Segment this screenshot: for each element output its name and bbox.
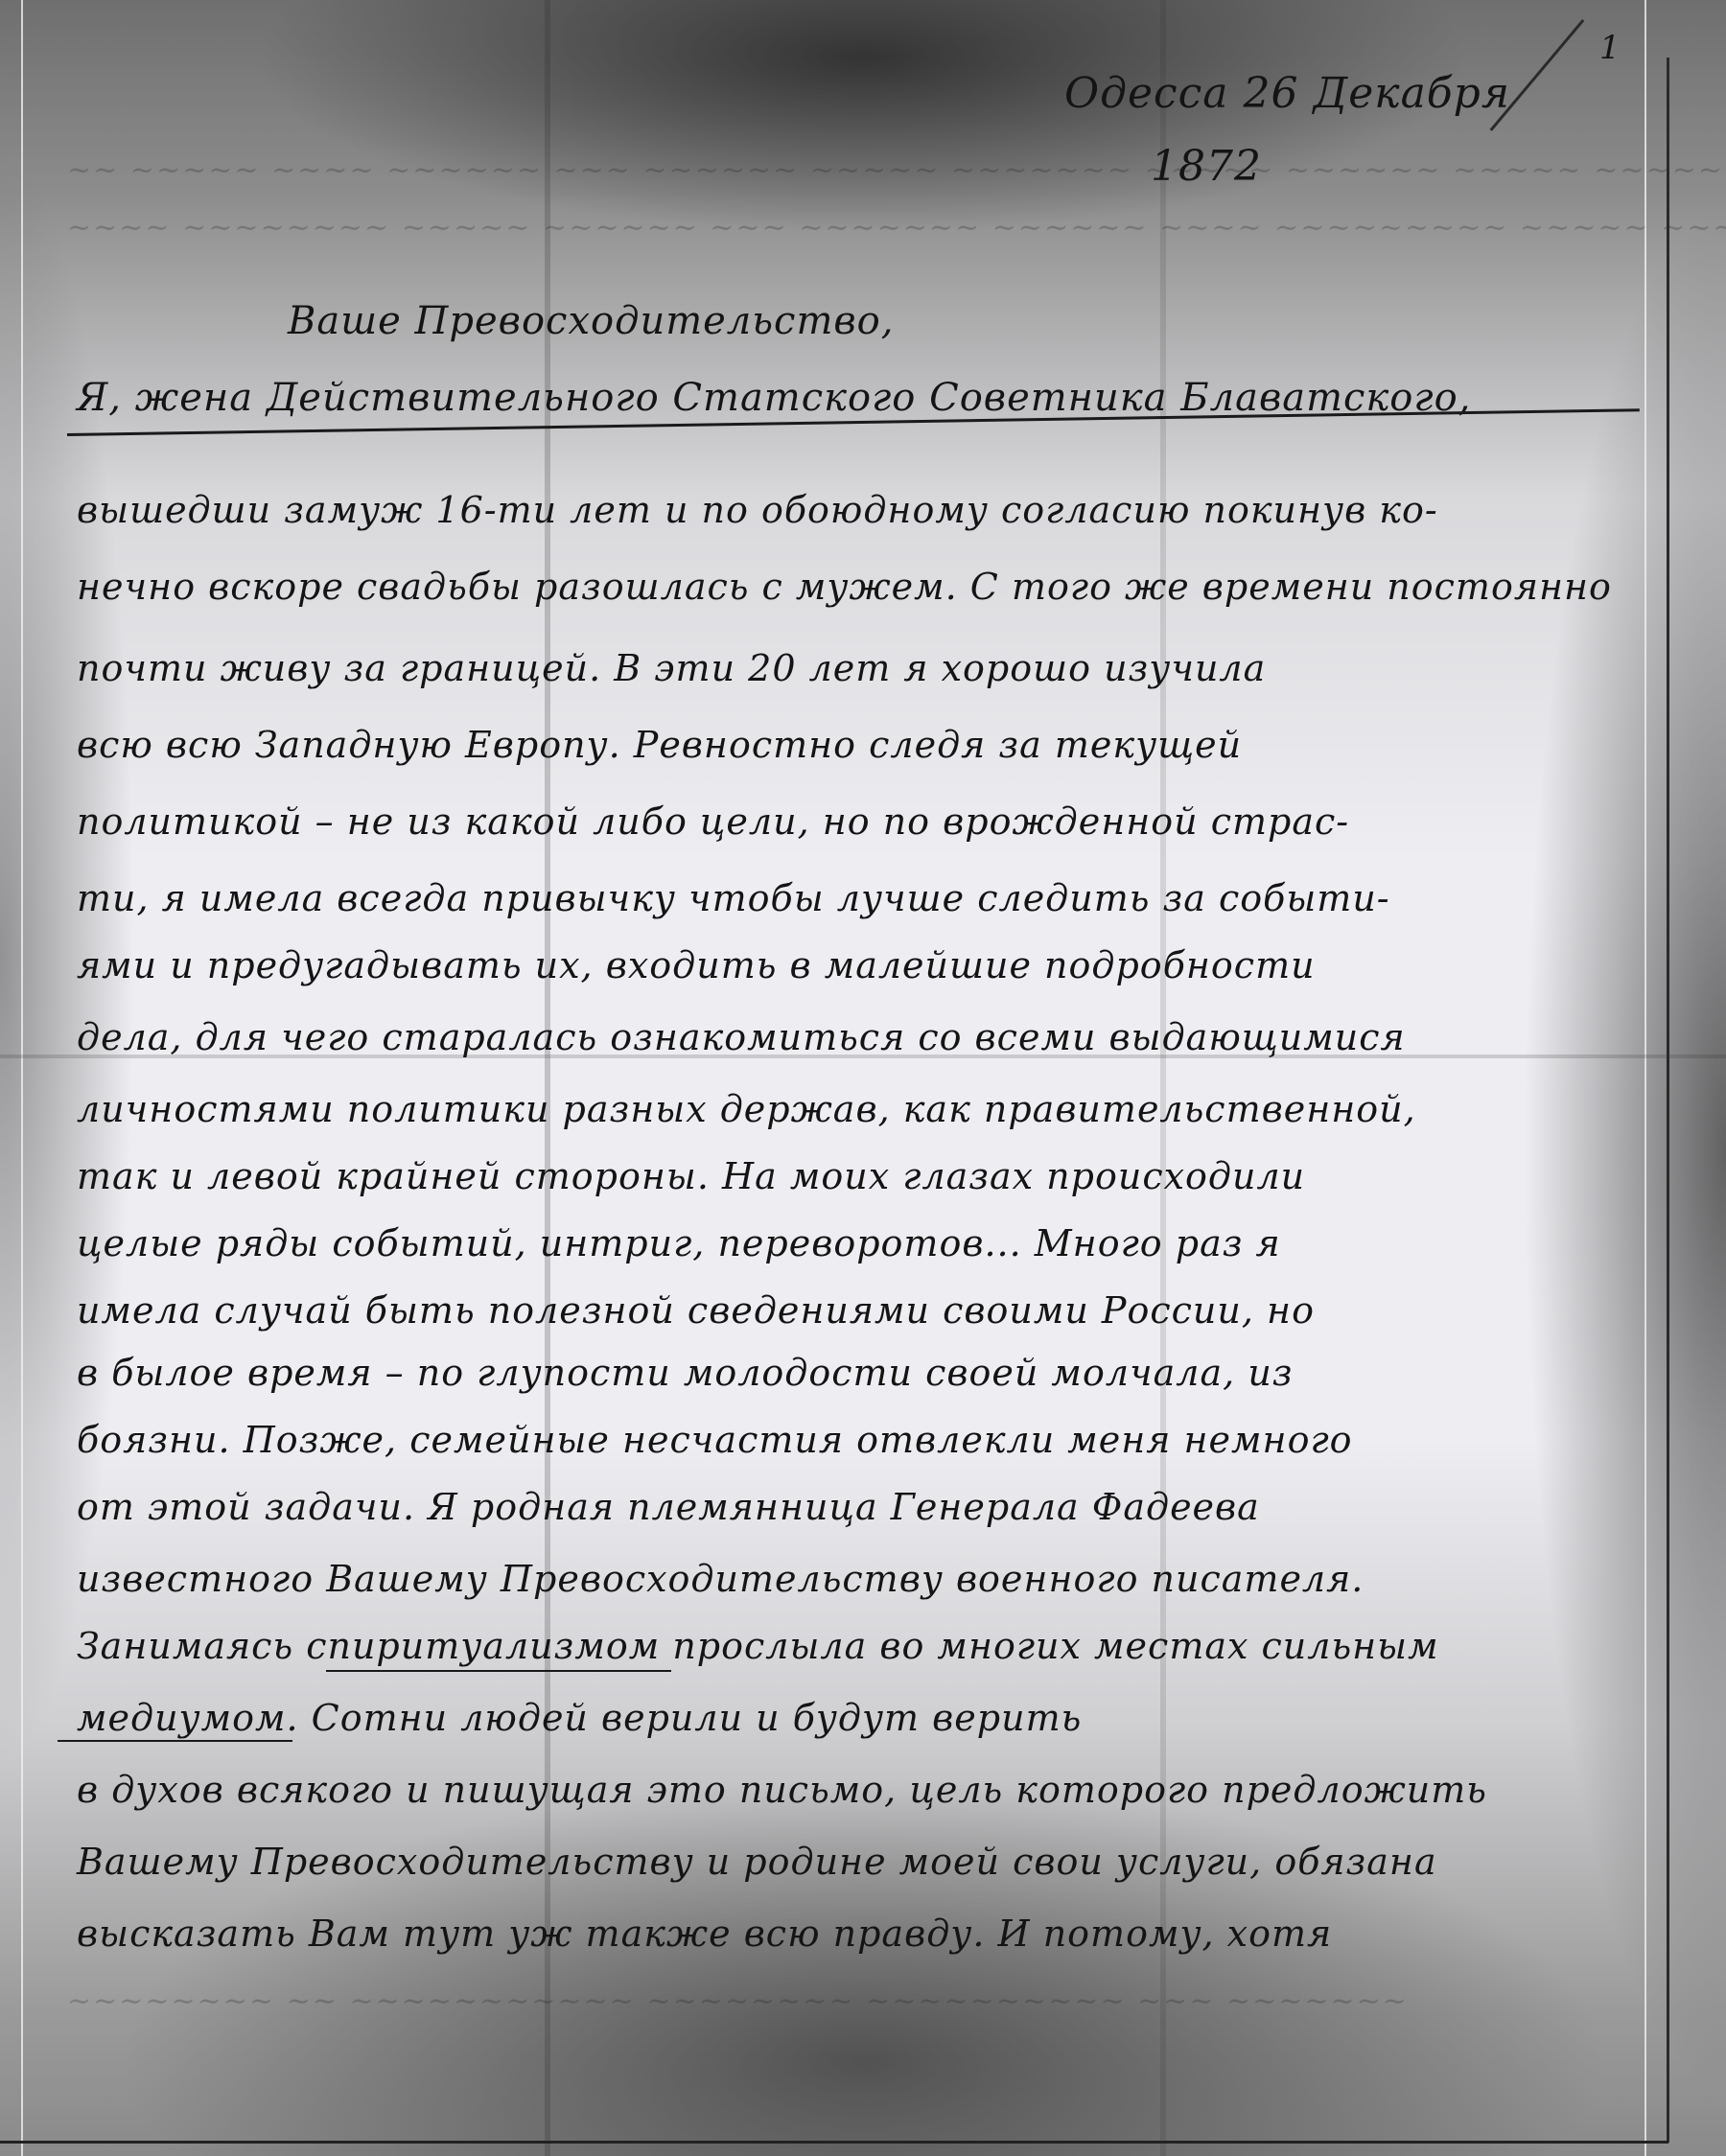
body-line: вышедши замуж 16-ти лет и по обоюдному с… [77,489,1438,531]
body-line: Вашему Превосходительству и родине моей … [77,1841,1437,1883]
scan-edge-line [1644,0,1646,2156]
body-line: дела, для чего старалась ознакомиться со… [77,1016,1406,1058]
body-line: в былое время – по глупости молодости св… [77,1352,1294,1394]
body-line: от этой задачи. Я родная племянница Гене… [77,1486,1260,1528]
body-line: медиумом. Сотни людей верили и будут вер… [77,1697,1082,1739]
body-line: всю всю Западную Европу. Ревностно следя… [77,724,1242,766]
paper-bottom-edge [0,2141,1668,2144]
word-underline-medium [58,1740,292,1742]
scan-edge-line [21,0,23,2156]
body-line: нечно вскоре свадьбы разошлась с мужем. … [77,566,1612,608]
page-number: 1 [1599,29,1621,67]
body-line: высказать Вам тут уж также всю правду. И… [77,1913,1332,1955]
body-line: личностями политики разных держав, как п… [77,1088,1416,1130]
body-line: известного Вашему Превосходительству вое… [77,1558,1364,1600]
letter-place-date: Одесса 26 Декабря [1064,69,1510,118]
word-underline-spiritualism [326,1670,671,1672]
body-line: ями и предугадывать их, входить в малейш… [77,944,1316,986]
body-line: так и левой крайней стороны. На моих гла… [77,1155,1305,1197]
body-line: в духов всякого и пишущая это письмо, це… [77,1769,1487,1811]
bleed-through-text: ~~ ~~~~~ ~~~~ ~~~~~~ ~~~ ~~~~~~ ~~~~~ ~~… [67,153,1726,187]
letter-year: 1872 [1151,142,1262,191]
body-line: боязни. Позже, семейные несчастия отвлек… [77,1419,1353,1461]
body-line: Занимаясь спиритуализмом прослыла во мно… [77,1625,1439,1667]
body-line: ти, я имела всегда привычку чтобы лучше … [77,877,1390,919]
bleed-through-text: ~~~~~~~~ ~~ ~~~~~~~~~~~ ~~~~~~~~ ~~~~~~~… [67,1984,1409,2018]
body-line: имела случай быть полезной сведениями св… [77,1289,1315,1332]
bleed-through-text: ~~~~ ~~~~~~~~ ~~~~~ ~~~~~~ ~~~ ~~~~~~~ ~… [67,211,1726,244]
opening-line: Я, жена Действительного Статского Советн… [77,376,1471,420]
salutation: Ваше Превосходительство, [288,299,894,343]
paper-right-edge [1667,58,1669,2143]
body-line: почти живу за границей. В эти 20 лет я х… [77,647,1266,689]
fold-crease [1160,0,1166,2156]
scanned-letter-page: ~~ ~~~~~ ~~~~ ~~~~~~ ~~~ ~~~~~~ ~~~~~ ~~… [0,0,1726,2156]
body-line: целые ряды событий, интриг, переворотов.… [77,1222,1281,1264]
body-line: политикой – не из какой либо цели, но по… [77,800,1349,843]
